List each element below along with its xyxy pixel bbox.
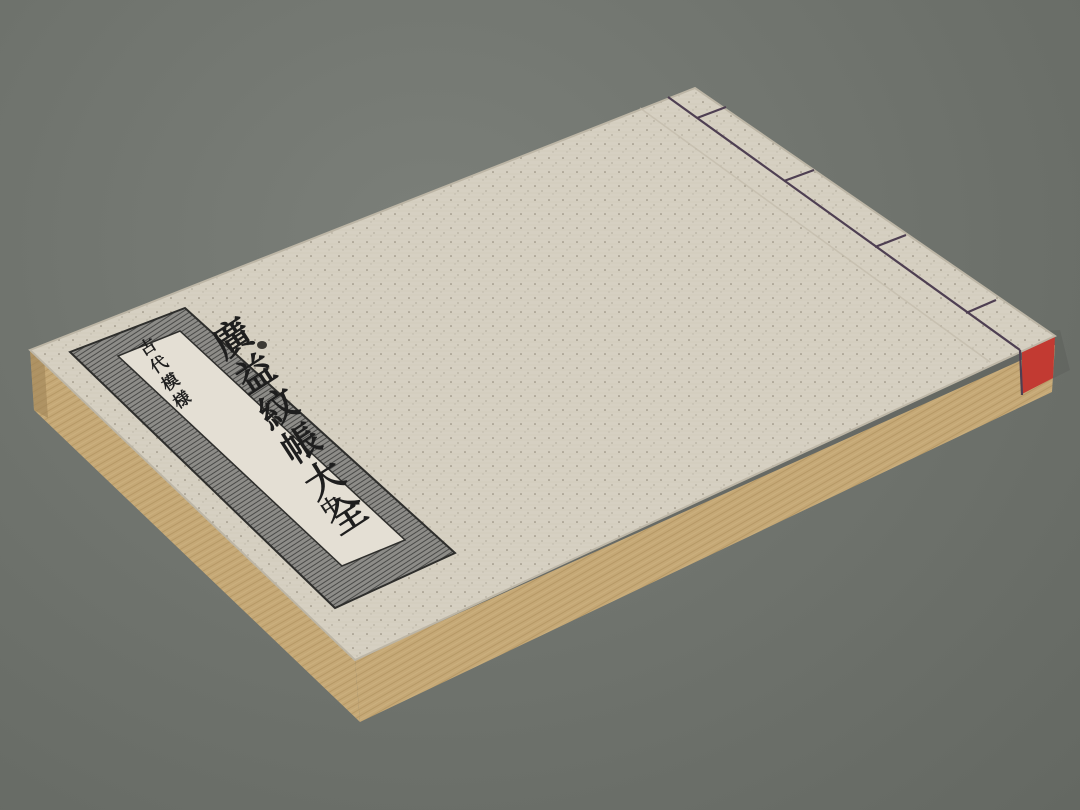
photo-scene: 古代模様 廣益紋帳大全 中 — [0, 0, 1080, 810]
book-illustration — [0, 0, 1080, 810]
